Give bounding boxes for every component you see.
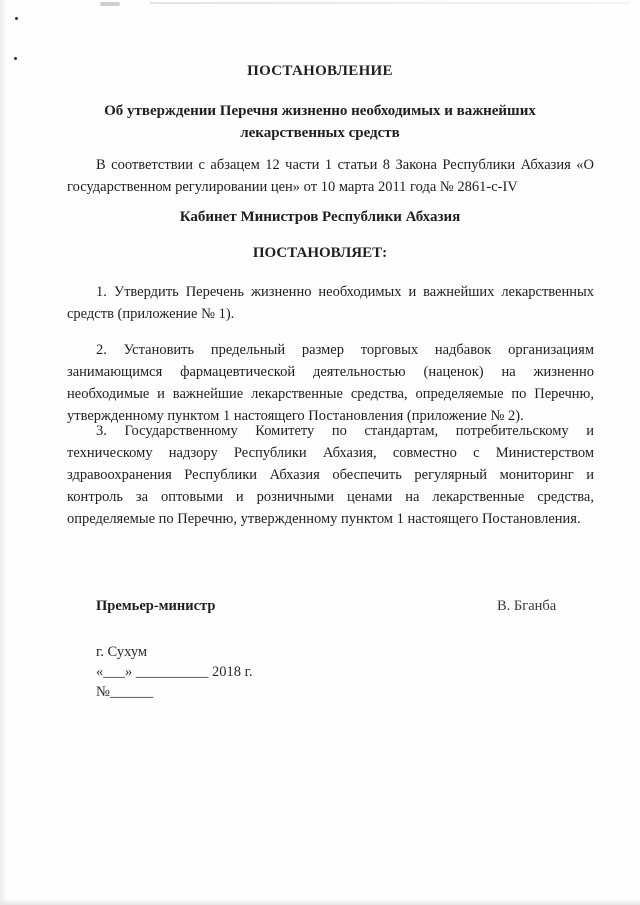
- document-title: ПОСТАНОВЛЕНИЕ: [0, 63, 640, 80]
- resolves-heading: ПОСТАНОВЛЯЕТ:: [0, 245, 640, 262]
- item-2: 2. Установить предельный размер торговых…: [67, 339, 594, 427]
- place: г. Сухум: [96, 642, 147, 662]
- date-line: «___» __________ 2018 г.: [96, 662, 253, 682]
- scan-smudge: [100, 2, 120, 6]
- scan-edge-left: [0, 0, 8, 905]
- item-3: 3. Государственному Комитету по стандарт…: [67, 420, 594, 530]
- scan-line: [150, 2, 630, 4]
- signatory-role: Премьер-министр: [96, 598, 215, 615]
- scan-speck: [14, 57, 17, 60]
- item-1: 1. Утвердить Перечень жизненно необходим…: [67, 281, 594, 325]
- scan-speck: [15, 17, 18, 20]
- preamble: В соответствии с абзацем 12 части 1 стат…: [67, 154, 594, 198]
- subtitle-line-1: Об утверждении Перечня жизненно необходи…: [90, 100, 550, 122]
- signatory-name: В. Бганба: [497, 598, 556, 615]
- issuer: Кабинет Министров Республики Абхазия: [0, 209, 640, 226]
- document-subtitle: Об утверждении Перечня жизненно необходи…: [90, 100, 550, 144]
- number-line: №______: [96, 682, 153, 702]
- subtitle-line-2: лекарственных средств: [90, 122, 550, 144]
- scan-edge-bottom: [0, 899, 640, 905]
- document-page: ПОСТАНОВЛЕНИЕ Об утверждении Перечня жиз…: [0, 0, 640, 905]
